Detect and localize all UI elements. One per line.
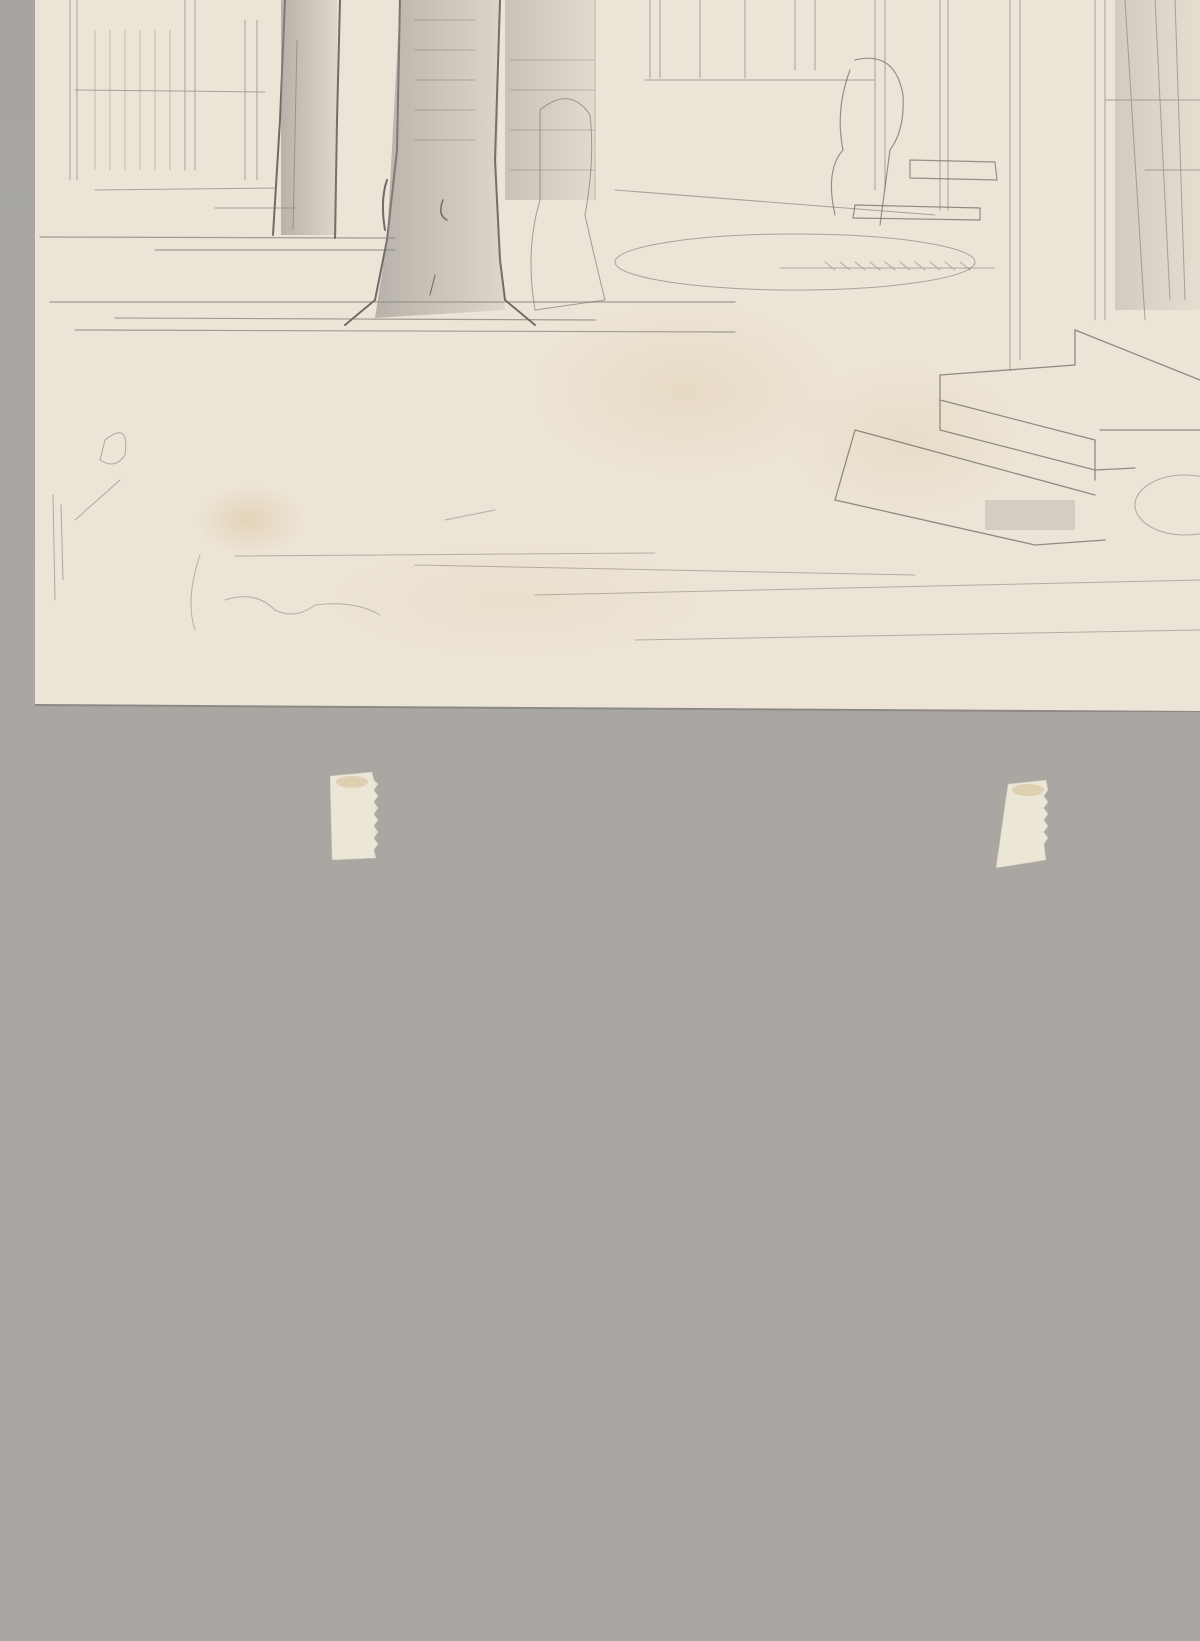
gray-mount-board: [0, 0, 1200, 1641]
sketch-paper-sheet: [35, 0, 1200, 712]
paper-hinge-left: [330, 772, 382, 860]
pencil-sketch: [35, 0, 1200, 712]
paper-hinge-right: [996, 780, 1052, 870]
